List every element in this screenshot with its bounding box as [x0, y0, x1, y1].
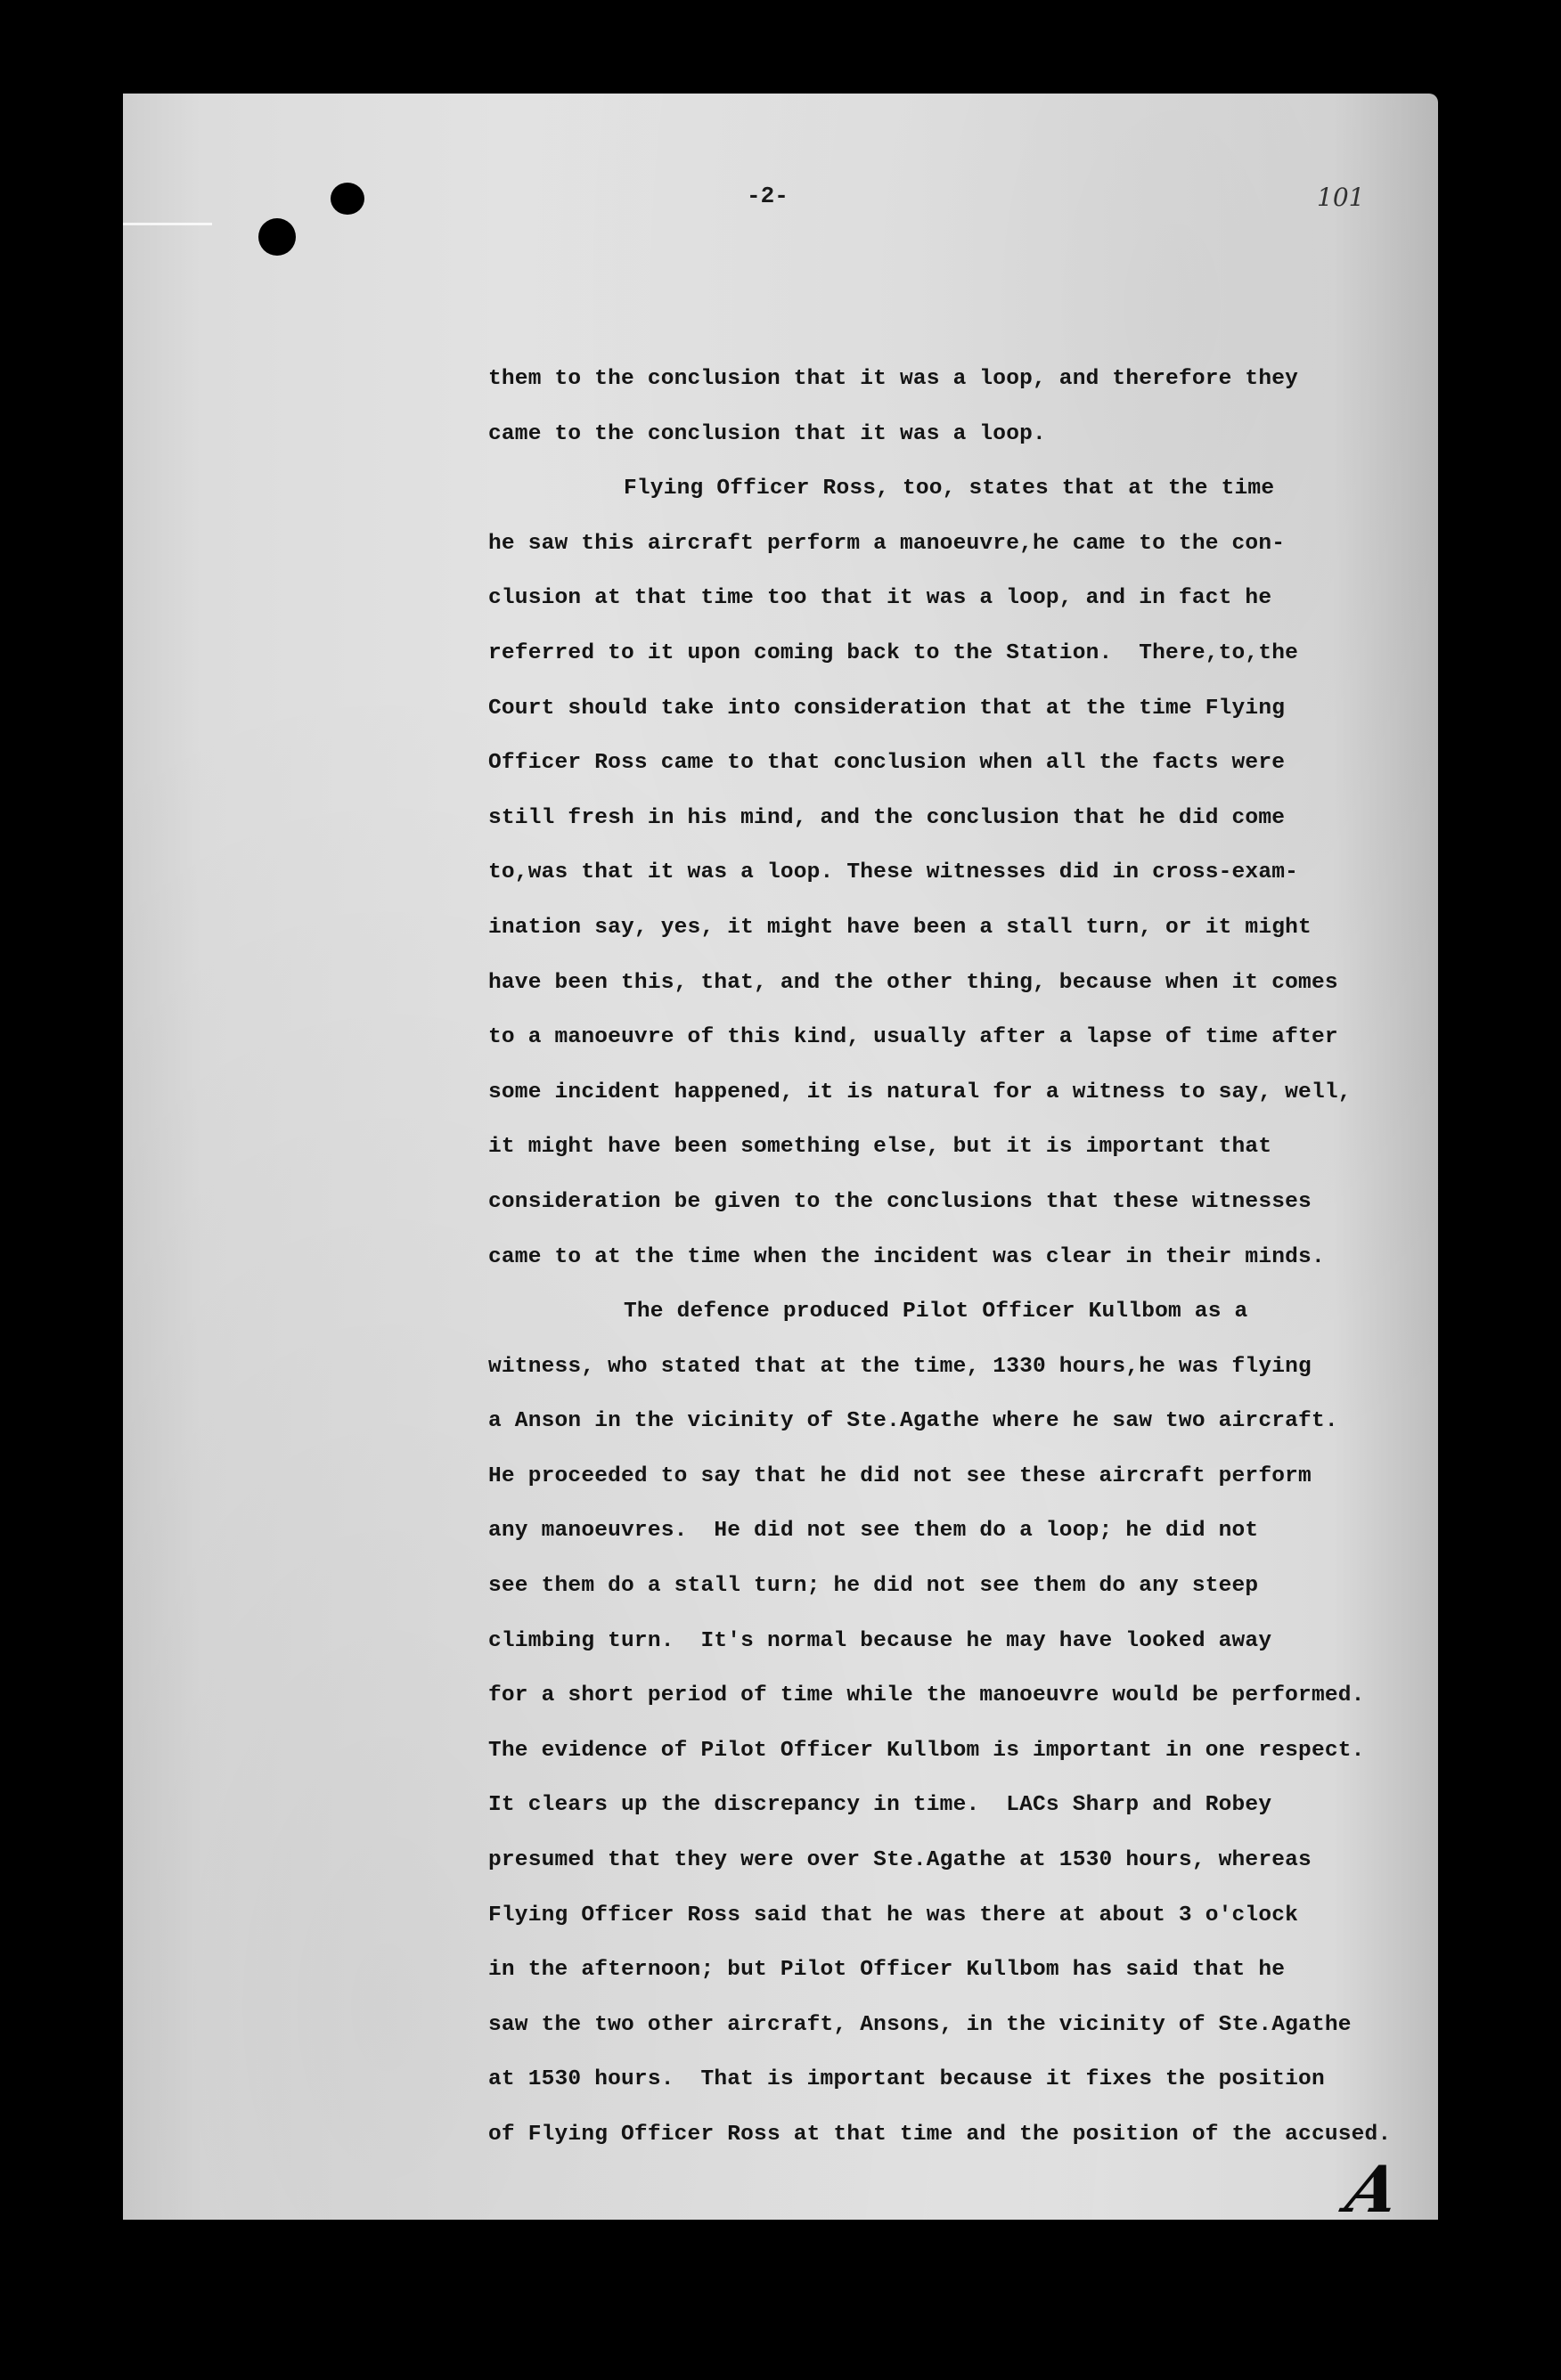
text-line: he saw this aircraft perform a manoeuvre… — [488, 517, 1433, 572]
text-line: for a short period of time while the man… — [488, 1668, 1433, 1724]
paragraph-start-line: The defence produced Pilot Officer Kullb… — [488, 1284, 1433, 1340]
punch-hole — [258, 218, 296, 256]
text-line: any manoeuvres. He did not see them do a… — [488, 1504, 1433, 1559]
typed-body-text: them to the conclusion that it was a loo… — [488, 352, 1433, 2163]
text-line: a Anson in the vicinity of Ste.Agathe wh… — [488, 1394, 1433, 1449]
text-line: at 1530 hours. That is important because… — [488, 2052, 1433, 2107]
paragraph-start-line: Flying Officer Ross, too, states that at… — [488, 461, 1433, 517]
document-page: -2- 101 them to the conclusion that it w… — [123, 94, 1438, 2220]
text-line: climbing turn. It's normal because he ma… — [488, 1614, 1433, 1669]
scan-scratch — [123, 223, 212, 225]
text-line: Court should take into consideration tha… — [488, 681, 1433, 737]
text-line: He proceeded to say that he did not see … — [488, 1449, 1433, 1504]
text-line: to,was that it was a loop. These witness… — [488, 845, 1433, 901]
text-line: saw the two other aircraft, Ansons, in t… — [488, 1998, 1433, 2053]
text-line: still fresh in his mind, and the conclus… — [488, 791, 1433, 846]
text-line: It clears up the discrepancy in time. LA… — [488, 1778, 1433, 1833]
punch-hole — [331, 183, 364, 215]
handwritten-initial: A — [1340, 2151, 1406, 2227]
text-line: of Flying Officer Ross at that time and … — [488, 2107, 1433, 2163]
text-line: presumed that they were over Ste.Agathe … — [488, 1833, 1433, 1888]
text-line: some incident happened, it is natural fo… — [488, 1065, 1433, 1121]
text-line: it might have been something else, but i… — [488, 1120, 1433, 1175]
text-line: The evidence of Pilot Officer Kullbom is… — [488, 1724, 1433, 1779]
text-line: came to at the time when the incident wa… — [488, 1230, 1433, 1285]
text-line: came to the conclusion that it was a loo… — [488, 407, 1433, 462]
text-line: Officer Ross came to that conclusion whe… — [488, 736, 1433, 791]
text-line: clusion at that time too that it was a l… — [488, 571, 1433, 626]
text-line: Flying Officer Ross said that he was the… — [488, 1888, 1433, 1944]
text-line: have been this, that, and the other thin… — [488, 956, 1433, 1011]
text-line: ination say, yes, it might have been a s… — [488, 901, 1433, 956]
handwritten-folio-number: 101 — [1317, 183, 1364, 212]
text-line: them to the conclusion that it was a loo… — [488, 352, 1433, 407]
text-line: referred to it upon coming back to the S… — [488, 626, 1433, 681]
text-line: witness, who stated that at the time, 13… — [488, 1340, 1433, 1395]
text-line: see them do a stall turn; he did not see… — [488, 1559, 1433, 1614]
text-line: in the afternoon; but Pilot Officer Kull… — [488, 1943, 1433, 1998]
text-line: to a manoeuvre of this kind, usually aft… — [488, 1010, 1433, 1065]
page-number: -2- — [747, 183, 789, 209]
text-line: consideration be given to the conclusion… — [488, 1175, 1433, 1230]
